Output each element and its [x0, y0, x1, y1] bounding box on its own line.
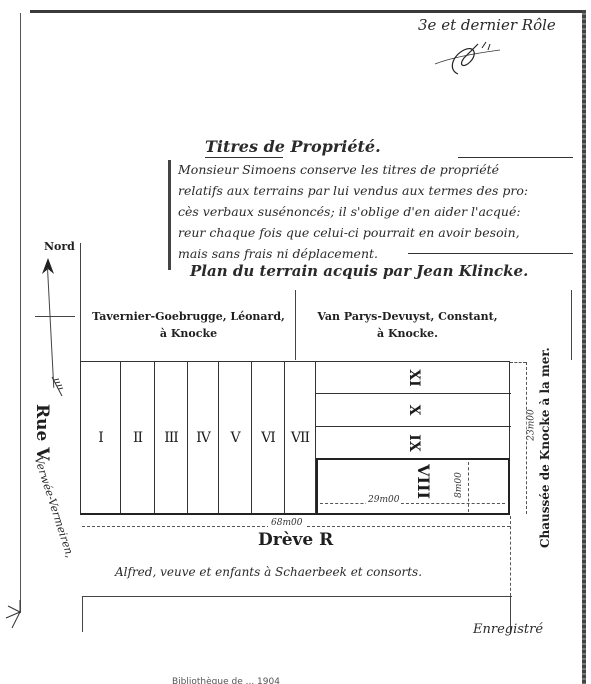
paragraph-line: mais sans frais ni déplacement.	[178, 246, 378, 261]
lot-number: VIII	[414, 464, 433, 499]
role-note: 3e et dernier Rôle	[418, 16, 556, 34]
lot-number: V	[230, 430, 239, 446]
boundary-line	[571, 290, 572, 360]
paragraph-end-rule	[408, 253, 573, 254]
north-label: Nord	[44, 240, 75, 253]
lot-number: VII	[291, 430, 309, 446]
dimension-line	[468, 462, 470, 512]
neighbor-left: Verwée-Vermeiren,	[32, 455, 77, 559]
owner-right-name: Van Parys-Devuyst, Constant,	[300, 310, 515, 323]
paragraph-line: reur chaque fois que celui-ci pourrait e…	[178, 225, 520, 240]
neighbor-bottom: Alfred, veuve et enfants à Schaerbeek et…	[115, 565, 422, 579]
dimension-line	[510, 362, 526, 364]
heading-rule-right	[458, 157, 573, 158]
lot-number: I	[98, 430, 103, 446]
owner-divider	[295, 290, 296, 360]
street-right: Chaussée de Knocke à la mer.	[538, 347, 552, 548]
street-left: Rue V	[32, 404, 52, 460]
lot-vi: VI	[252, 362, 285, 513]
lot-ii: II	[121, 362, 155, 513]
lot-x: X	[316, 394, 511, 427]
feather-arrow-icon	[50, 376, 64, 398]
lot-number: XI	[406, 369, 422, 386]
owner-left-place: à Knocke	[86, 327, 291, 340]
lot-viii-width: 29m00	[366, 495, 401, 505]
lot-viii-depth: 8m00	[454, 472, 464, 498]
owner-left-name: Tavernier-Goebrugge, Léonard,	[86, 310, 291, 323]
dimension-line	[510, 516, 512, 596]
north-line	[47, 268, 54, 388]
grid-cross-line	[35, 316, 75, 317]
lot-ix: IX	[316, 427, 511, 458]
dimension-line	[320, 503, 505, 505]
paragraph-line: Monsieur Simoens conserve les titres de …	[178, 162, 499, 177]
corner-mark-icon	[4, 600, 24, 630]
paragraph-line: cès verbaux susénoncés; il s'oblige d'en…	[178, 204, 521, 219]
owner-right: Van Parys-Devuyst, Constant, à Knocke.	[300, 310, 515, 340]
lot-i: I	[81, 362, 121, 513]
lot-number: II	[133, 430, 142, 446]
total-width: 68m00	[268, 518, 305, 528]
registration-stamp: Enregistré	[473, 622, 543, 637]
caption: Bibliothèque de ... 1904	[172, 677, 280, 684]
lot-vii: VII	[285, 362, 316, 513]
lower-boundary	[82, 596, 83, 632]
street-bottom: Drève R	[258, 530, 333, 550]
owner-left: Tavernier-Goebrugge, Léonard, à Knocke	[86, 310, 291, 340]
lot-viii-acquired: VIII 29m00 8m00	[316, 458, 510, 515]
heading-rule-left	[205, 157, 283, 158]
lot-number: X	[406, 405, 422, 416]
lot-xi: XI	[316, 362, 511, 394]
paragraph-line: relatifs aux terrains par lui vendus aux…	[178, 183, 528, 198]
page-border-left	[20, 13, 21, 613]
lower-boundary	[82, 596, 512, 597]
lot-v: V	[219, 362, 252, 513]
plan-title: Plan du terrain acquis par Jean Klincke.	[190, 262, 528, 280]
lot-number: III	[164, 430, 178, 446]
lot-number: IV	[196, 430, 210, 446]
owner-right-place: à Knocke.	[300, 327, 515, 340]
signature-icon	[430, 36, 510, 76]
boundary-line	[80, 243, 81, 361]
page-border-top	[30, 10, 585, 13]
section-heading: Titres de Propriété.	[205, 137, 381, 156]
lots-plan: I II III IV V VI VII XI X IX VIII 29m00 …	[80, 361, 510, 515]
lot-number: VI	[261, 430, 275, 446]
lot-iv: IV	[188, 362, 219, 513]
lot-iii: III	[155, 362, 188, 513]
page-border-right	[582, 10, 586, 684]
margin-bar	[168, 160, 171, 270]
lot-number: IX	[406, 434, 422, 451]
total-depth: 23m00	[527, 409, 537, 440]
